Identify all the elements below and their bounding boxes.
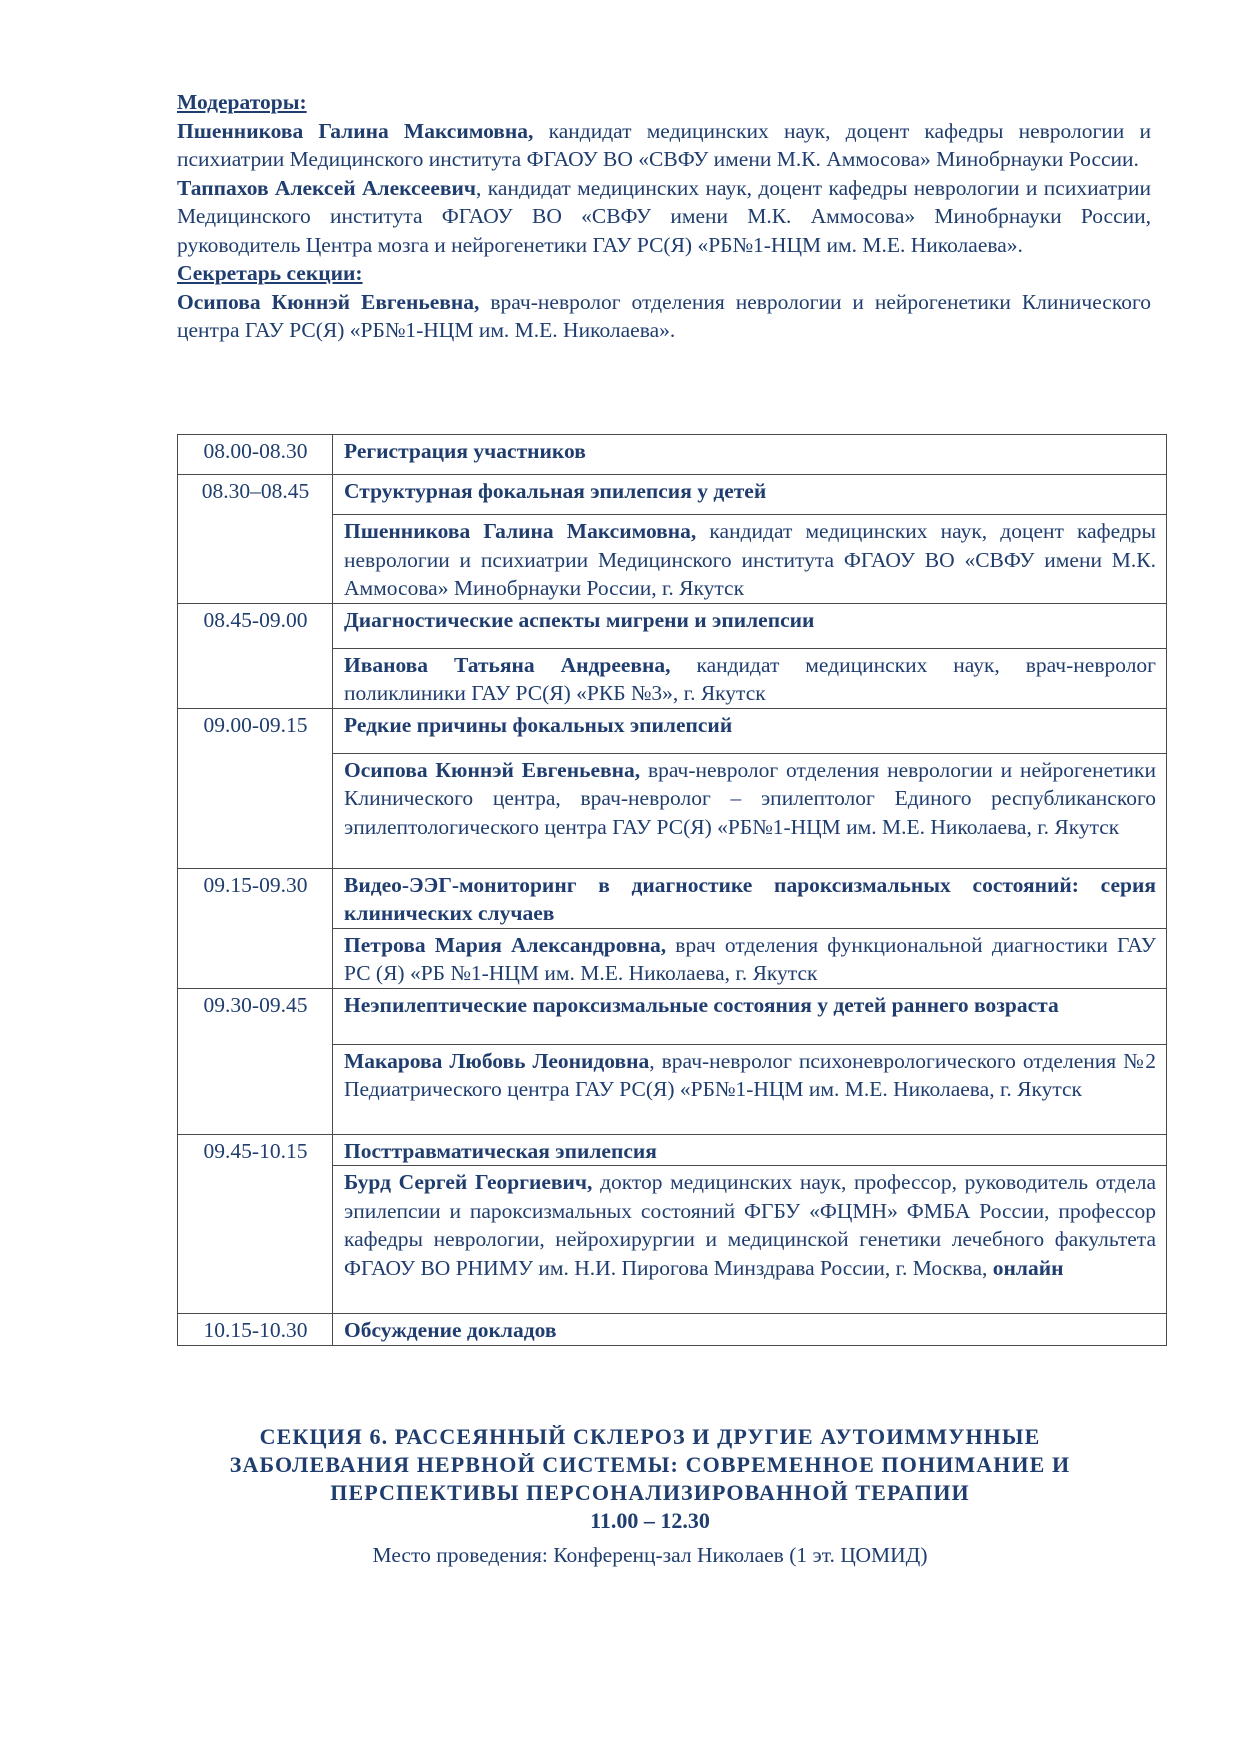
table-row: 09.30-09.45 Неэпилептические пароксизмал… [178,988,1167,1044]
moderators-block: Модераторы: Пшенникова Галина Максимовна… [177,88,1151,345]
time-cell: 08.30–08.45 [178,475,333,604]
time-cell: 09.30-09.45 [178,988,333,1134]
table-row: 10.15-10.30 Обсуждение докладов [178,1314,1167,1346]
section-heading: СЕКЦИЯ 6. РАССЕЯННЫЙ СКЛЕРОЗ И ДРУГИЕ АУ… [170,1423,1130,1571]
section-title-line: СЕКЦИЯ 6. РАССЕЯННЫЙ СКЛЕРОЗ И ДРУГИЕ АУ… [170,1423,1130,1451]
topic-cell: Посттравматическая эпилепсия [333,1134,1167,1166]
speaker-cell: Петрова Мария Александровна, врач отделе… [333,928,1167,988]
schedule-table: 08.00-08.30 Регистрация участников 08.30… [177,434,1167,1346]
time-cell: 09.15-09.30 [178,868,333,988]
section-title-line: ЗАБОЛЕВАНИЯ НЕРВНОЙ СИСТЕМЫ: СОВРЕМЕННОЕ… [170,1451,1130,1479]
time-cell: 08.00-08.30 [178,435,333,475]
time-cell: 09.00-09.15 [178,708,333,868]
time-cell: 10.15-10.30 [178,1314,333,1346]
speaker-name: Пшенникова Галина Максимовна, [344,519,696,543]
topic-cell: Видео-ЭЭГ-мониторинг в диагностике парок… [333,868,1167,928]
table-row: 09.00-09.15 Редкие причины фокальных эпи… [178,708,1167,753]
moderator-name: Таппахов Алексей Алексеевич [177,176,476,200]
speaker-name: Иванова Татьяна Андреевна, [344,653,671,677]
secretary-name: Осипова Кюннэй Евгеньевна, [177,290,479,314]
speaker-name: Макарова Любовь Леонидовна [344,1049,649,1073]
time-cell: 08.45-09.00 [178,603,333,708]
table-row: 09.15-09.30 Видео-ЭЭГ-мониторинг в диагн… [178,868,1167,928]
topic-cell: Диагностические аспекты мигрени и эпилеп… [333,603,1167,648]
topic-cell: Неэпилептические пароксизмальные состоян… [333,988,1167,1044]
online-label: онлайн [993,1256,1064,1280]
table-row: 08.45-09.00 Диагностические аспекты мигр… [178,603,1167,648]
table-row: 08.30–08.45 Структурная фокальная эпилеп… [178,475,1167,515]
speaker-name: Петрова Мария Александровна, [344,933,666,957]
moderator-entry: Пшенникова Галина Максимовна, кандидат м… [177,117,1151,174]
moderator-name: Пшенникова Галина Максимовна, [177,119,533,143]
section-time: 11.00 – 12.30 [170,1507,1130,1535]
section-title-line: ПЕРСПЕКТИВЫ ПЕРСОНАЛИЗИРОВАННОЙ ТЕРАПИИ [170,1479,1130,1507]
speaker-cell: Иванова Татьяна Андреевна, кандидат меди… [333,648,1167,708]
section-title: СЕКЦИЯ 6. РАССЕЯННЫЙ СКЛЕРОЗ И ДРУГИЕ АУ… [170,1423,1130,1507]
table-row: 08.00-08.30 Регистрация участников [178,435,1167,475]
moderators-label: Модераторы: [177,90,307,114]
topic-cell: Структурная фокальная эпилепсия у детей [333,475,1167,515]
topic-cell: Регистрация участников [333,435,1167,475]
secretary-entry: Осипова Кюннэй Евгеньевна, врач-невролог… [177,288,1151,345]
speaker-name: Бурд Сергей Георгиевич, [344,1170,592,1194]
moderator-entry: Таппахов Алексей Алексеевич, кандидат ме… [177,174,1151,260]
section-venue: Место проведения: Конференц-зал Николаев… [170,1539,1130,1571]
speaker-name: Осипова Кюннэй Евгеньевна, [344,758,640,782]
table-row: 09.45-10.15 Посттравматическая эпилепсия [178,1134,1167,1166]
secretary-label: Секретарь секции: [177,261,363,285]
time-cell: 09.45-10.15 [178,1134,333,1314]
topic-cell: Обсуждение докладов [333,1314,1167,1346]
document-page: Модераторы: Пшенникова Галина Максимовна… [0,0,1241,1754]
speaker-cell: Осипова Кюннэй Евгеньевна, врач-невролог… [333,753,1167,868]
topic-cell: Редкие причины фокальных эпилепсий [333,708,1167,753]
speaker-cell: Пшенникова Галина Максимовна, кандидат м… [333,515,1167,604]
speaker-cell: Бурд Сергей Георгиевич, доктор медицинск… [333,1166,1167,1314]
speaker-cell: Макарова Любовь Леонидовна, врач-невроло… [333,1044,1167,1134]
